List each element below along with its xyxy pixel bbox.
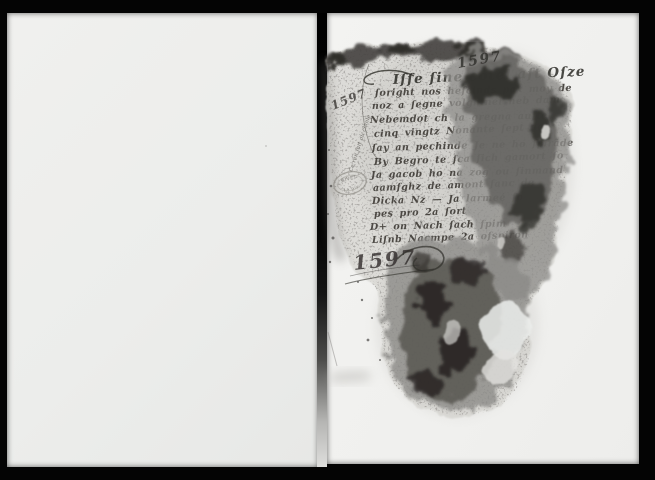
manuscript-scan-layer: Iſſe ſine cotel aſt Oſze ſoright nos heſ… <box>0 0 655 480</box>
faint-streak <box>330 371 370 382</box>
scanned-document-frame: Iſſe ſine cotel aſt Oſze ſoright nos heſ… <box>0 0 655 480</box>
